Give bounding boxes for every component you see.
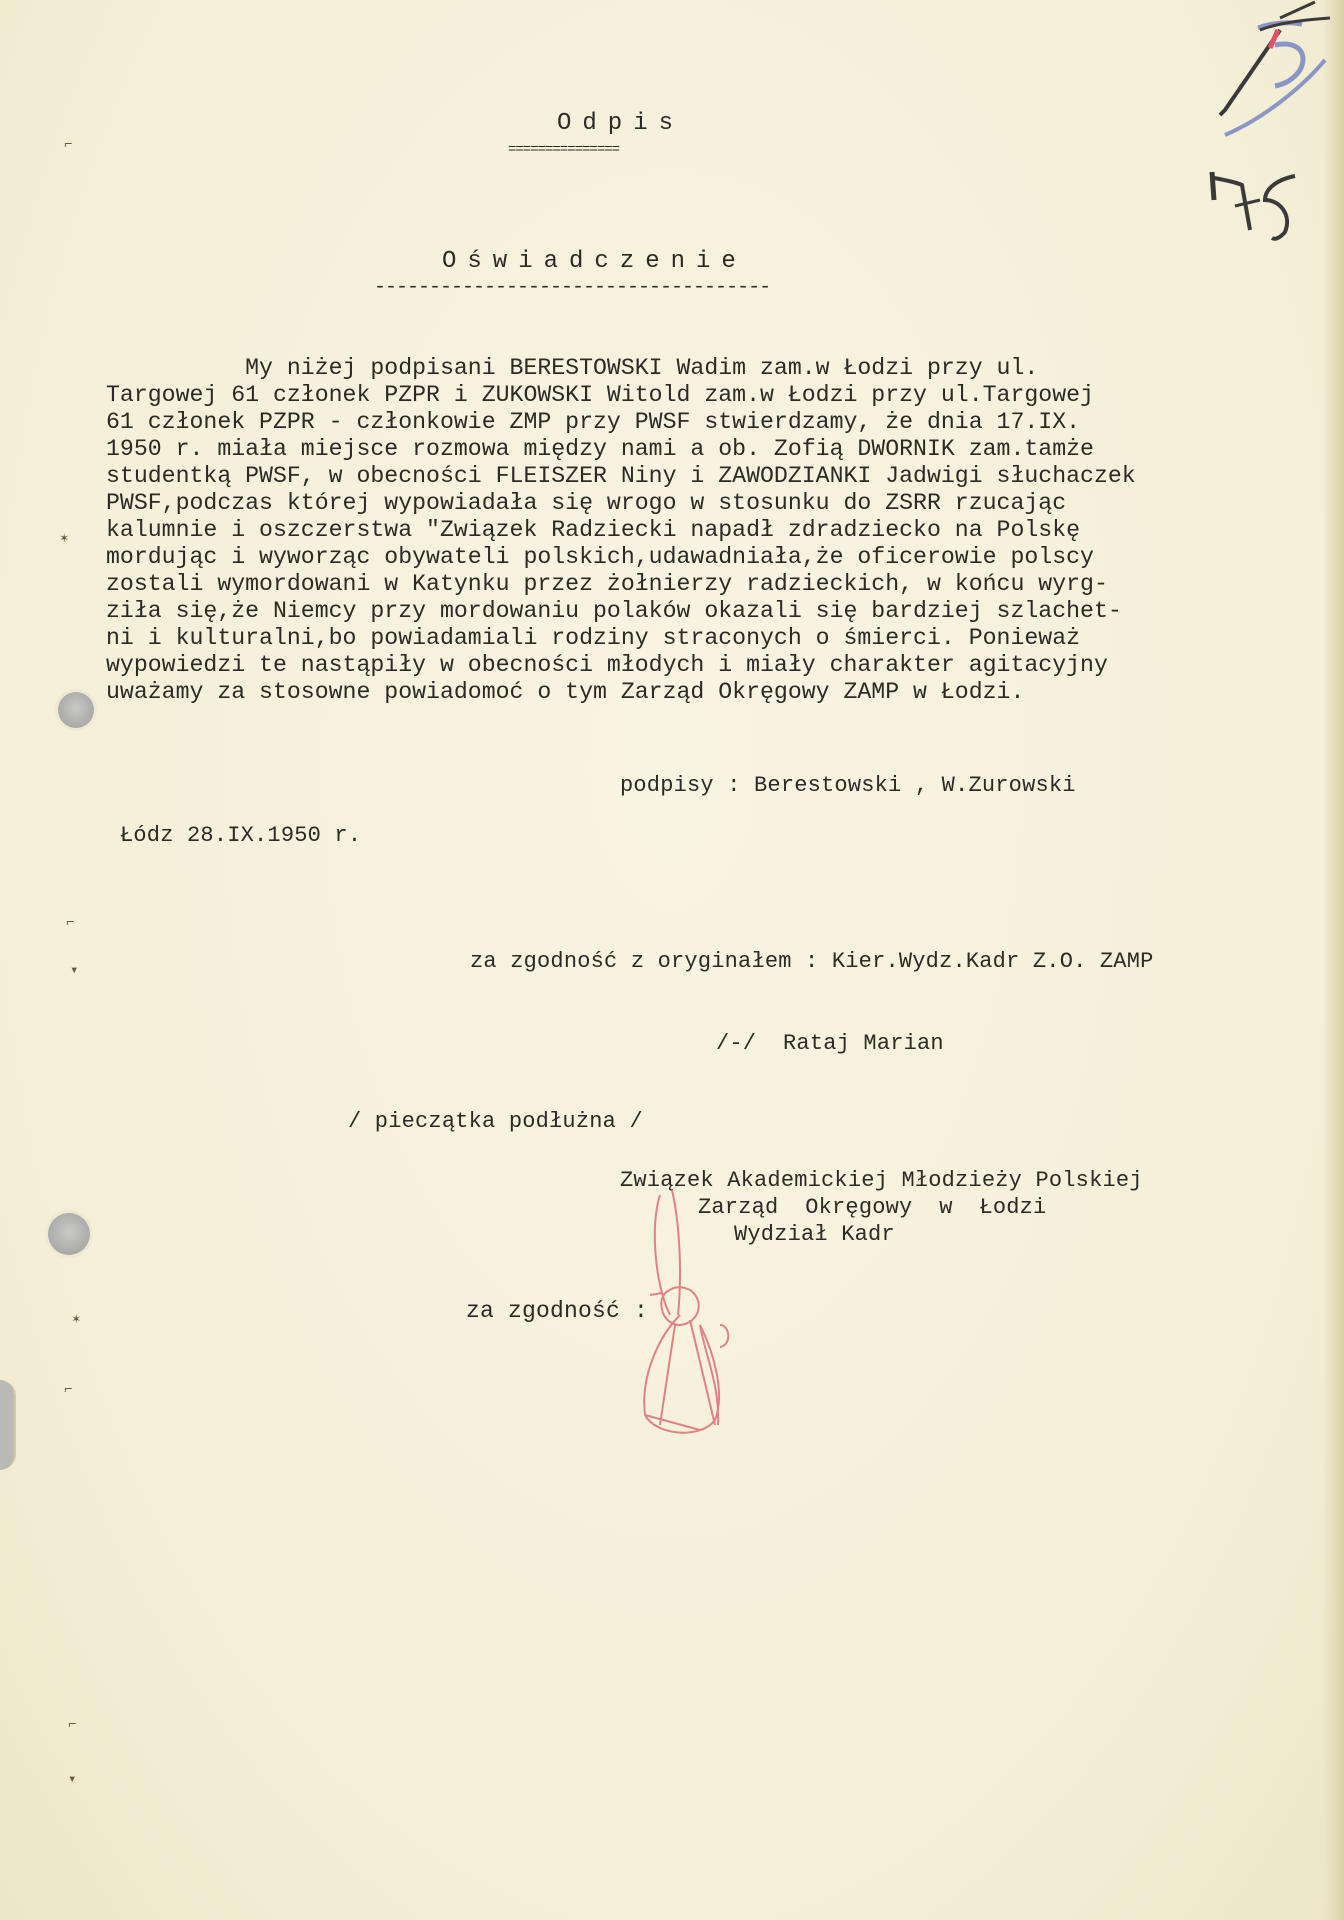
handwritten-page-number-icon <box>1180 0 1344 260</box>
body-line: Targowej 61 członek PZPR i ZUKOWSKI Wito… <box>106 382 1094 409</box>
red-signature-icon <box>620 1185 760 1445</box>
signatures-line: podpisy : Berestowski , W.Zurowski <box>620 772 1076 799</box>
tear-mark-icon: ⌐ <box>68 1720 78 1730</box>
certification-line: za zgodność z oryginałem : Kier.Wydz.Kad… <box>470 948 1154 975</box>
body-line: uważamy za stosowne powiadomoć o tym Zar… <box>106 679 1024 706</box>
tear-mark-icon: ⌐ <box>64 140 74 150</box>
place-and-date: Łódz 28.IX.1950 r. <box>120 822 361 849</box>
body-line: 61 członek PZPR - członkowie ZMP przy PW… <box>106 409 1080 436</box>
tear-mark-icon: ▾ <box>68 1775 78 1785</box>
body-line: ni i kulturalni,bo powiadamiali rodziny … <box>106 625 1080 652</box>
title-underline: ------------------------------------ <box>374 276 770 299</box>
certifier-name: /-/ Rataj Marian <box>716 1030 944 1057</box>
document-title: Oświadczenie <box>442 248 747 275</box>
body-line: ziła się,że Niemcy przy mordowaniu polak… <box>106 598 1122 625</box>
body-line: zostali wymordowani w Katynku przez żołn… <box>106 571 1108 598</box>
body-line: kalumnie i oszczerstwa "Związek Radzieck… <box>106 517 1080 544</box>
paper-edge-shadow <box>1322 0 1344 1920</box>
tear-mark-icon: ✶ <box>60 534 70 544</box>
document-heading: Odpis <box>557 110 684 137</box>
body-line: studentką PWSF, w obecności FLEISZER Nin… <box>106 463 1136 490</box>
punch-hole <box>48 1213 90 1255</box>
tear-mark-icon: ⌐ <box>66 918 76 928</box>
body-line: My niżej podpisani BERESTOWSKI Wadim zam… <box>106 355 1038 382</box>
punch-hole <box>58 692 94 728</box>
document-page: Odpis =============== Oświadczenie -----… <box>0 0 1344 1920</box>
heading-underline: =============== <box>508 142 619 158</box>
body-line: wypowiedzi te nastąpiły w obecności młod… <box>106 652 1108 679</box>
tear-mark-icon: ▾ <box>70 966 80 976</box>
binding-cutout <box>0 1380 16 1470</box>
stamp-note: / pieczątka podłużna / <box>348 1108 643 1135</box>
body-line: mordując i wyworząc obywateli polskich,u… <box>106 544 1094 571</box>
body-line: 1950 r. miała miejsce rozmowa między nam… <box>106 436 1094 463</box>
tear-mark-icon: ✶ <box>72 1315 82 1325</box>
body-line: PWSF,podczas której wypowiadała się wrog… <box>106 490 1066 517</box>
tear-mark-icon: ⌐ <box>64 1385 74 1395</box>
